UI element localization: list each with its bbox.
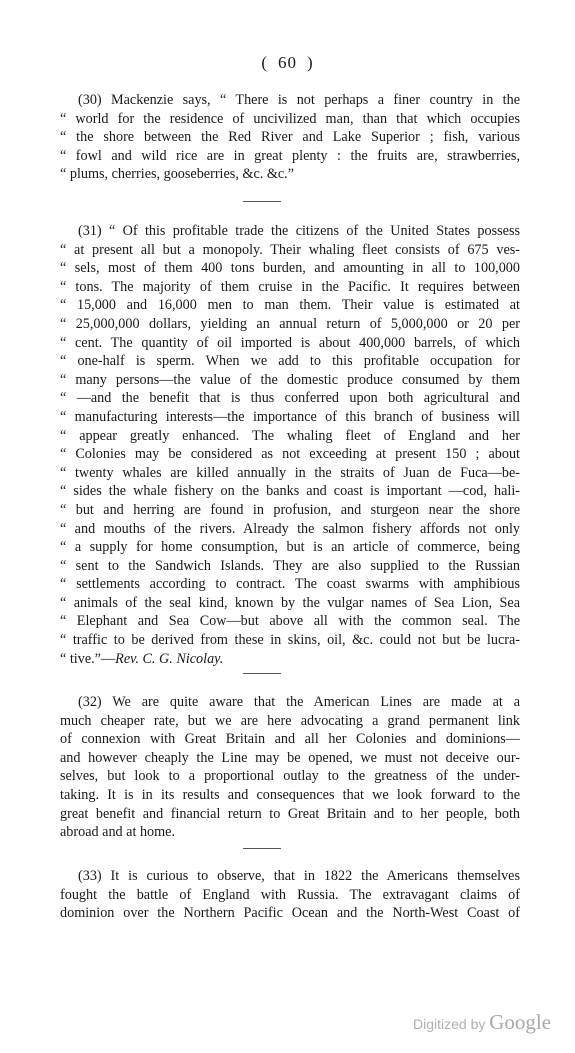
digitized-by-watermark: Digitized by Google [413,1010,551,1035]
text-line: “ 25,000,000 dollars, yielding an annual… [60,315,520,334]
text-line: of connexion with Great Britain and all … [60,730,520,749]
footnote-33: (33) It is curious to observe, that in 1… [60,867,520,923]
text-line: great benefit and financial return to Gr… [60,805,520,824]
text-line: “ sels, most of them 400 tons burden, an… [60,259,520,278]
text-line: “ but and herring are found in profusion… [60,501,520,520]
text-line: dominion over the Northern Pacific Ocean… [60,904,520,923]
footnote-30: (30) Mackenzie says, “ There is not perh… [60,91,520,184]
footnote-31: (31) “ Of this profitable trade the citi… [60,222,520,668]
text-line: abroad and at home. [60,823,520,842]
text-line: “ traffic to be derived from these in sk… [60,631,520,650]
text-line: (33) It is curious to observe, that in 1… [60,867,520,886]
text-line: “ cent. The quantity of oil imported is … [60,334,520,353]
text-line: “ animals of the seal kind, known by the… [60,594,520,613]
text-line: “ —and the benefit that is thus conferre… [60,389,520,408]
text-line: (31) “ Of this profitable trade the citi… [60,222,520,241]
text-line: (30) Mackenzie says, “ There is not perh… [60,91,520,110]
text-line: “ one-half is sperm. When we add to this… [60,352,520,371]
page-number-close-paren: ) [307,53,314,73]
text-line: “ sent to the Sandwich Islands. They are… [60,557,520,576]
page-number: (60) [0,53,575,73]
text-line: selves, but look to a proportional outla… [60,767,520,786]
text-line: “ plums, cherries, gooseberries, &c. &c.… [60,165,520,184]
text-line: “ sides the whale fishery on the banks a… [60,482,520,501]
text-line: and however cheaply the Line may be open… [60,749,520,768]
text-line: “ a supply for home consumption, but is … [60,538,520,557]
footnote-32: (32) We are quite aware that the America… [60,693,520,842]
text-line: “ and mouths of the rivers. Already the … [60,520,520,539]
section-divider [243,201,281,202]
text-line: “ tive.”—Rev. C. G. Nicolay. [60,650,520,669]
section-divider [243,673,281,674]
text-line: “ tons. The majority of them cruise in t… [60,278,520,297]
attribution: Rev. C. G. Nicolay. [115,651,223,667]
text-line: “ world for the residence of uncivilized… [60,110,520,129]
page-number-value: 60 [278,53,297,73]
text-line: “ Elephant and Sea Cow—but above all wit… [60,612,520,631]
google-logo: Google [489,1010,551,1034]
watermark-prefix: Digitized by [413,1016,489,1032]
text-line: taking. It is in its results and consequ… [60,786,520,805]
text-line: “ 15,000 and 16,000 men to man them. The… [60,296,520,315]
text-line: (32) We are quite aware that the America… [60,693,520,712]
text-line: much cheaper rate, but we are here advoc… [60,712,520,731]
text-line: “ Colonies may be considered as not exce… [60,445,520,464]
text-line: “ manufacturing interests—the importance… [60,408,520,427]
text-line: “ fowl and wild rice are in great plenty… [60,147,520,166]
text-line: “ appear greatly enhanced. The whaling f… [60,427,520,446]
section-divider [243,848,281,849]
text-line: “ at present all but a monopoly. Their w… [60,241,520,260]
text-line: “ many persons—the value of the domestic… [60,371,520,390]
text-line: “ the shore between the Red River and La… [60,128,520,147]
text-line: fought the battle of England with Russia… [60,886,520,905]
page-number-open-paren: ( [261,53,268,73]
text-line: “ settlements according to contract. The… [60,575,520,594]
quote-ending: “ tive.”— [60,651,115,667]
text-line: “ twenty whales are killed annually in t… [60,464,520,483]
